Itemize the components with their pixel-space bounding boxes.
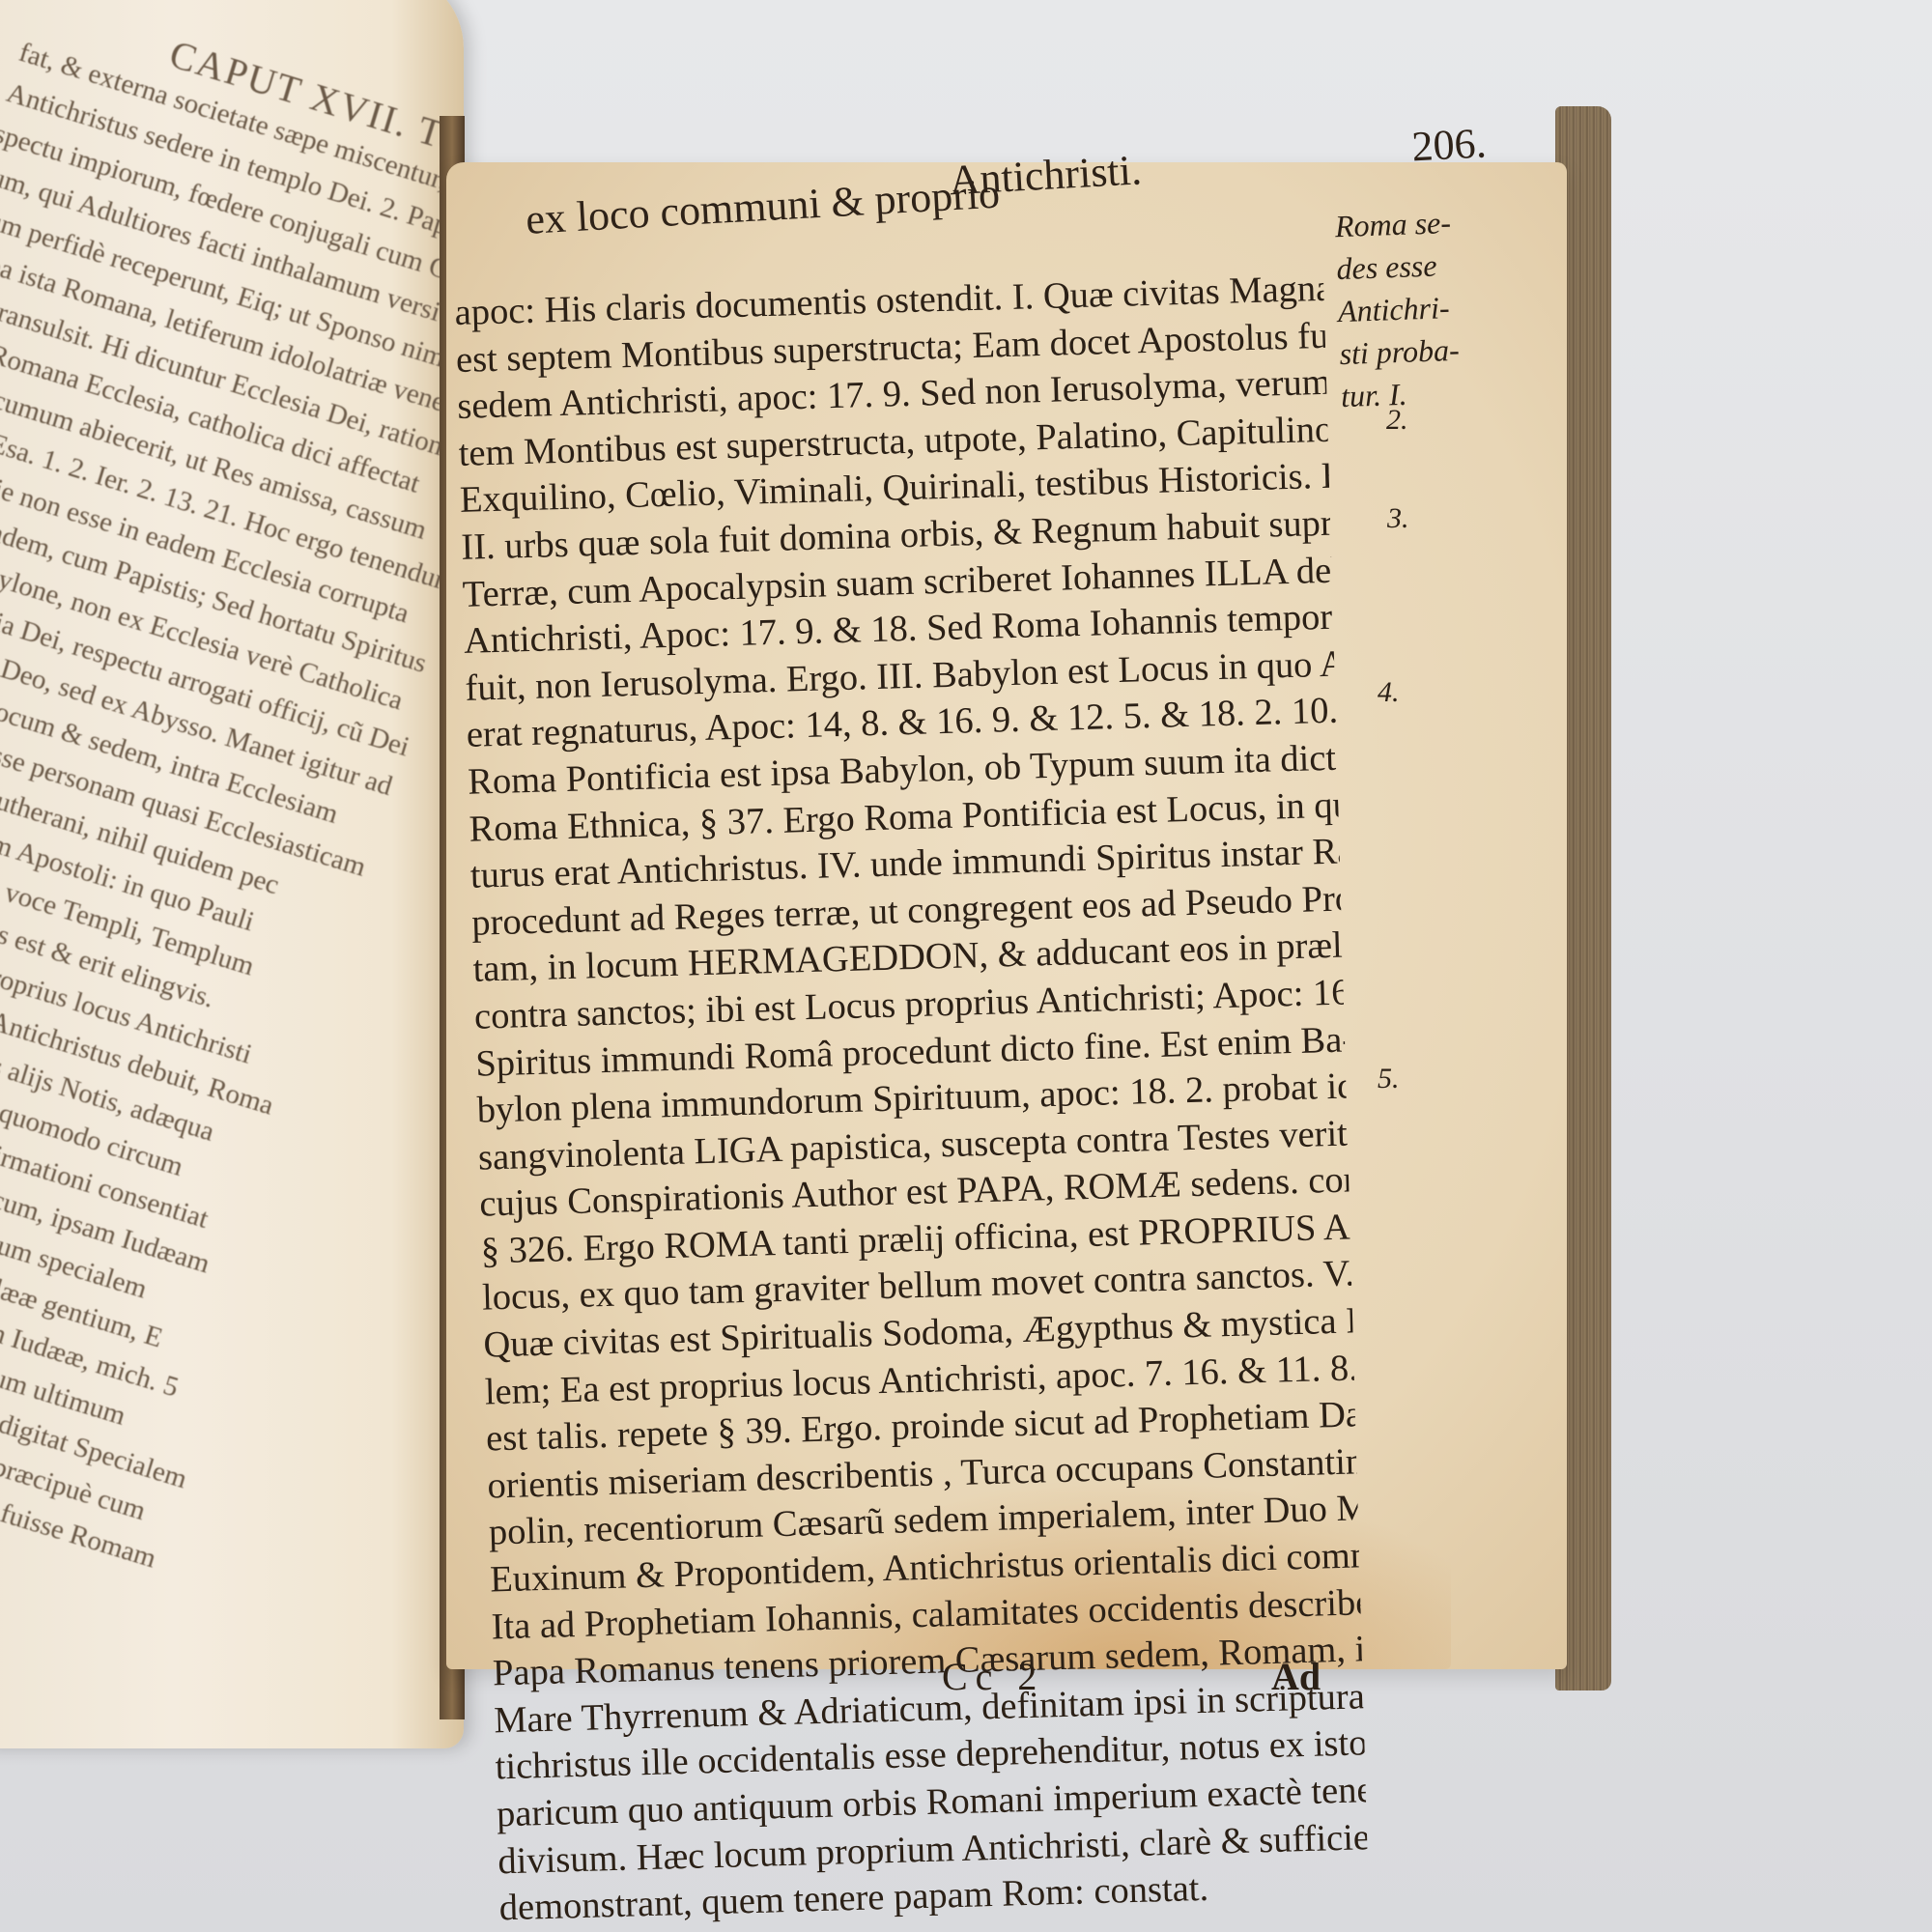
margin-note-line: Antichri- [1337, 286, 1459, 332]
margin-number: 4. [1378, 676, 1400, 709]
page-number: 206. [1410, 118, 1488, 171]
margin-number: 5. [1378, 1063, 1400, 1095]
margin-number: 2. [1386, 404, 1408, 437]
margin-note-line: des esse [1336, 243, 1458, 290]
running-header: ex loco communi & proprio Antichristi. 2… [522, 86, 1582, 145]
margin-note-line: sti proba- [1339, 328, 1461, 375]
signature-mark: Cc 2 [942, 1654, 1044, 1699]
catchword: Ad [1271, 1654, 1321, 1699]
left-page-text: CAPUT XVII. Tema nostrum fat, & externa … [0, 0, 464, 1543]
margin-number: 3. [1387, 502, 1409, 535]
margin-note-line: Roma se- [1334, 201, 1456, 247]
marginal-note: Roma se- des esse Antichri- sti proba- t… [1334, 201, 1462, 417]
left-page: CAPUT XVII. Tema nostrum fat, & externa … [0, 0, 464, 1748]
right-page-body: apoc: His claris documentis ostendit. I.… [454, 266, 1369, 1932]
